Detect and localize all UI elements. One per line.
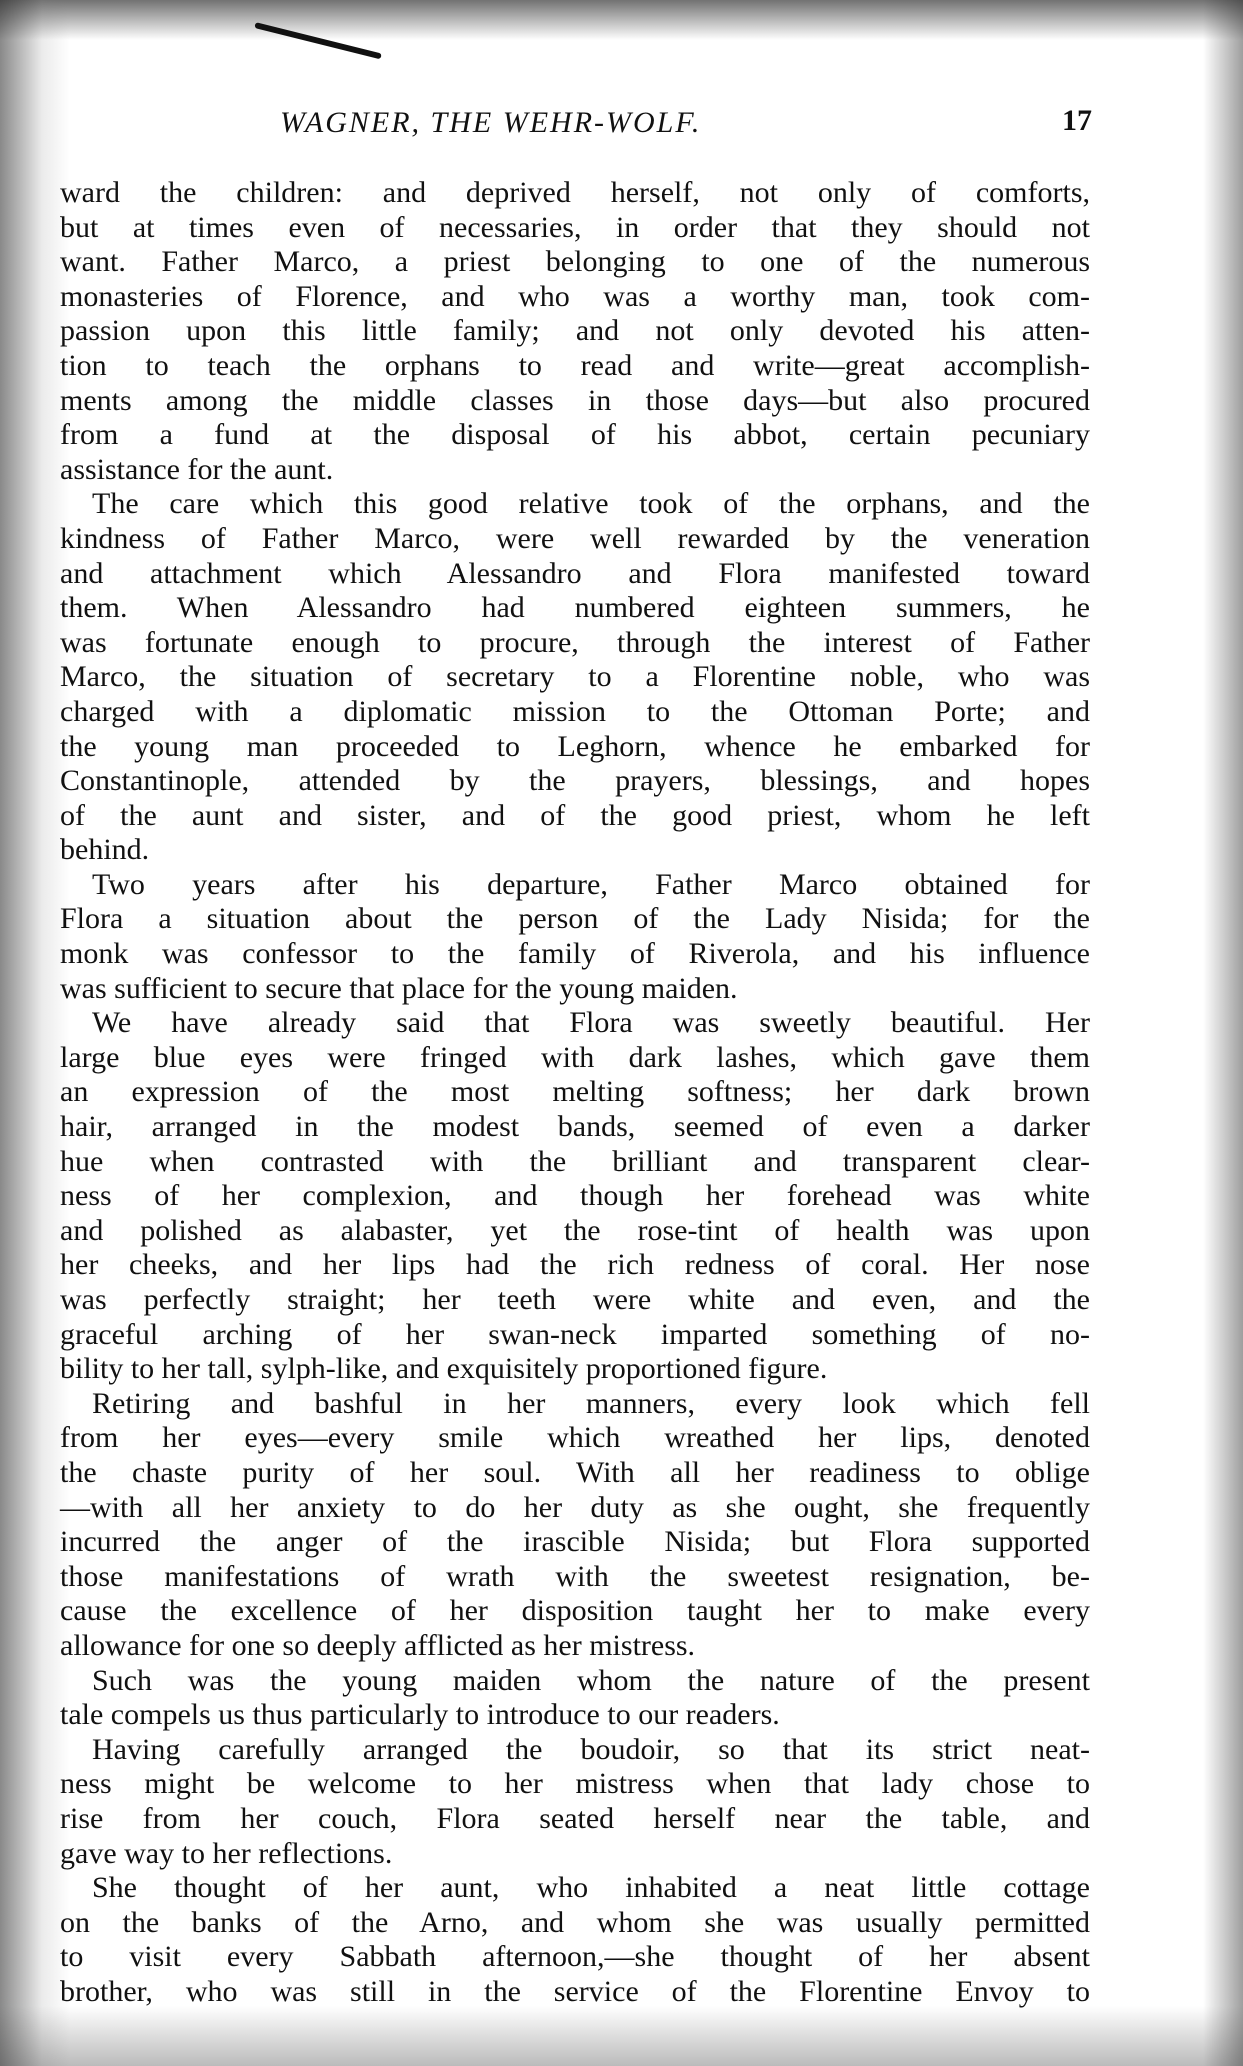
text-line: allowance for one so deeply afflicted as… <box>60 1629 1090 1664</box>
text-line: Such was the young maiden whom the natur… <box>60 1664 1090 1699</box>
text-line: Marco, the situation of secretary to a F… <box>60 660 1090 695</box>
paragraph: We have already said that Flora was swee… <box>60 1006 1090 1387</box>
text-line: hair, arranged in the modest bands, seem… <box>60 1110 1090 1145</box>
text-line: Having carefully arranged the boudoir, s… <box>60 1733 1090 1768</box>
text-line: Constantinople, attended by the prayers,… <box>60 764 1090 799</box>
text-line: We have already said that Flora was swee… <box>60 1006 1090 1041</box>
text-line: monk was confessor to the family of Rive… <box>60 937 1090 972</box>
text-line: large blue eyes were fringed with dark l… <box>60 1041 1090 1076</box>
page-header: WAGNER, THE WEHR-WOLF. 17 <box>62 106 1092 146</box>
text-line: on the banks of the Arno, and whom she w… <box>60 1906 1090 1941</box>
paragraph: Two years after his departure, Father Ma… <box>60 868 1090 1006</box>
text-line: Two years after his departure, Father Ma… <box>60 868 1090 903</box>
page-number: 17 <box>1062 104 1092 138</box>
text-line: Flora a situation about the person of th… <box>60 902 1090 937</box>
paragraph: Such was the young maiden whom the natur… <box>60 1664 1090 1733</box>
text-line: cause the excellence of her disposition … <box>60 1594 1090 1629</box>
scan-shadow-bottom <box>0 2006 1243 2066</box>
text-line: tale compels us thus particularly to int… <box>60 1698 1090 1733</box>
text-line: the chaste purity of her soul. With all … <box>60 1456 1090 1491</box>
text-line: hue when contrasted with the brilliant a… <box>60 1145 1090 1180</box>
text-line: ness of her complexion, and though her f… <box>60 1179 1090 1214</box>
text-line: to visit every Sabbath afternoon,—she th… <box>60 1940 1090 1975</box>
text-line: from a fund at the disposal of his abbot… <box>60 418 1090 453</box>
scan-shadow-top <box>0 0 1243 40</box>
paragraph: The care which this good relative took o… <box>60 487 1090 868</box>
text-line: but at times even of necessaries, in ord… <box>60 211 1090 246</box>
paragraph: Retiring and bashful in her manners, eve… <box>60 1387 1090 1664</box>
text-line: behind. <box>60 833 1090 868</box>
text-line: from her eyes—every smile which wreathed… <box>60 1421 1090 1456</box>
text-line: incurred the anger of the irascible Nisi… <box>60 1525 1090 1560</box>
text-line: the young man proceeded to Leghorn, when… <box>60 730 1090 765</box>
text-line: brother, who was still in the service of… <box>60 1975 1090 2010</box>
text-line: The care which this good relative took o… <box>60 487 1090 522</box>
text-line: She thought of her aunt, who inhabited a… <box>60 1871 1090 1906</box>
text-line: ward the children: and deprived herself,… <box>60 176 1090 211</box>
text-line: kindness of Father Marco, were well rewa… <box>60 522 1090 557</box>
text-line: was sufficient to secure that place for … <box>60 972 1090 1007</box>
text-line: and polished as alabaster, yet the rose-… <box>60 1214 1090 1249</box>
text-line: was fortunate enough to procure, through… <box>60 626 1090 661</box>
text-line: tion to teach the orphans to read and wr… <box>60 349 1090 384</box>
text-line: Retiring and bashful in her manners, eve… <box>60 1387 1090 1422</box>
text-line: and attachment which Alessandro and Flor… <box>60 557 1090 592</box>
text-line: of the aunt and sister, and of the good … <box>60 799 1090 834</box>
text-line: bility to her tall, sylph-like, and exqu… <box>60 1352 1090 1387</box>
running-title: WAGNER, THE WEHR-WOLF. <box>280 106 701 140</box>
paragraph: She thought of her aunt, who inhabited a… <box>60 1871 1090 2009</box>
text-line: want. Father Marco, a priest belonging t… <box>60 245 1090 280</box>
scan-shadow-right <box>1203 0 1243 2066</box>
text-line: those manifestations of wrath with the s… <box>60 1560 1090 1595</box>
text-line: assistance for the aunt. <box>60 453 1090 488</box>
text-line: ness might be welcome to her mistress wh… <box>60 1767 1090 1802</box>
text-line: was perfectly straight; her teeth were w… <box>60 1283 1090 1318</box>
text-line: —with all her anxiety to do her duty as … <box>60 1491 1090 1526</box>
paragraph: Having carefully arranged the boudoir, s… <box>60 1733 1090 1871</box>
text-line: them. When Alessandro had numbered eight… <box>60 591 1090 626</box>
text-line: monasteries of Florence, and who was a w… <box>60 280 1090 315</box>
text-line: graceful arching of her swan-neck impart… <box>60 1318 1090 1353</box>
text-line: ments among the middle classes in those … <box>60 384 1090 419</box>
text-line: gave way to her reflections. <box>60 1837 1090 1872</box>
body-text: ward the children: and deprived herself,… <box>60 176 1090 2009</box>
text-line: passion upon this little family; and not… <box>60 314 1090 349</box>
text-line: rise from her couch, Flora seated hersel… <box>60 1802 1090 1837</box>
text-line: charged with a diplomatic mission to the… <box>60 695 1090 730</box>
text-line: an expression of the most melting softne… <box>60 1075 1090 1110</box>
paragraph: ward the children: and deprived herself,… <box>60 176 1090 487</box>
text-line: her cheeks, and her lips had the rich re… <box>60 1248 1090 1283</box>
